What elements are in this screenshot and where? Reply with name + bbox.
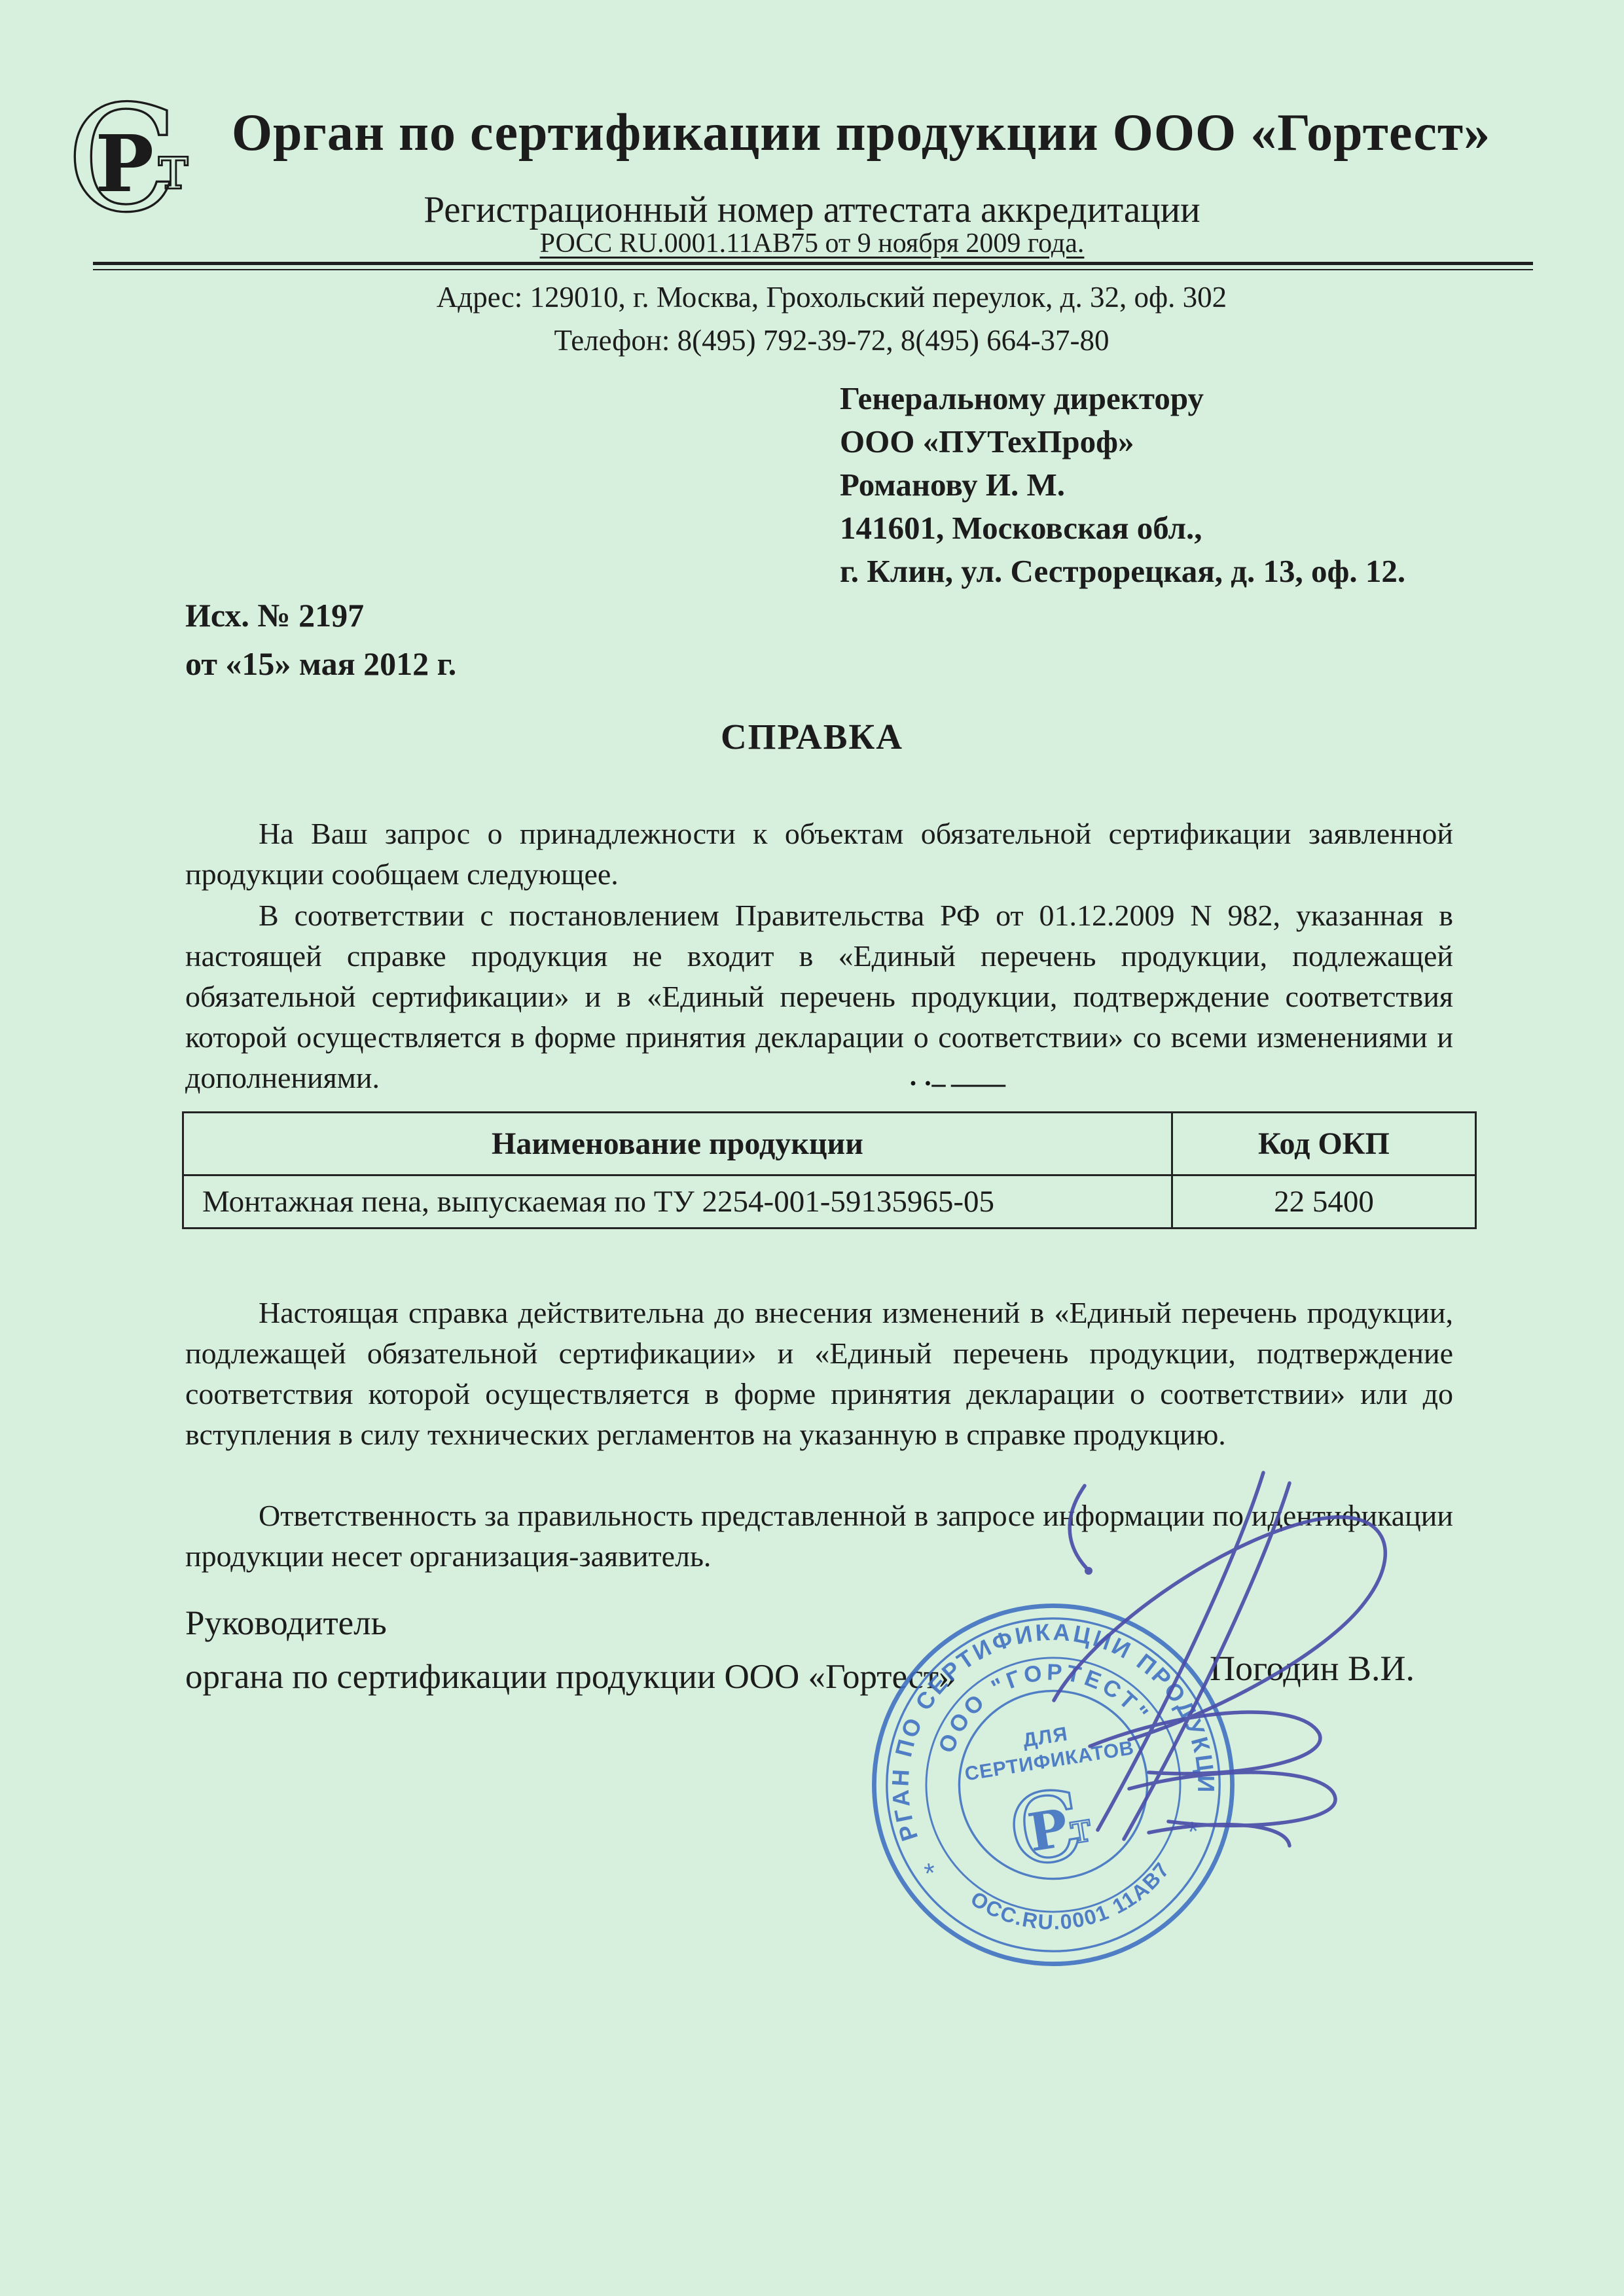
signature-hook bbox=[1070, 1486, 1087, 1568]
okp-code-cell: 22 5400 bbox=[1172, 1175, 1475, 1229]
signature-loop-low bbox=[1129, 1772, 1335, 1825]
paragraph-validity: Настоящая справка действительна до внесе… bbox=[185, 1293, 1453, 1455]
recipient-block: Генеральному директору ООО «ПУТехПроф» Р… bbox=[840, 377, 1405, 593]
handwritten-signature bbox=[933, 1465, 1399, 1865]
accreditation-number: РОСС RU.0001.11АВ75 от 9 ноября 2009 год… bbox=[0, 228, 1624, 259]
paragraph-intro: На Ваш запрос о принадлежности к объекта… bbox=[185, 814, 1453, 895]
signer-role-line1: Руководитель bbox=[185, 1604, 387, 1643]
product-name-cell: Монтажная пена, выпускаемая по ТУ 2254-0… bbox=[183, 1175, 1172, 1229]
outgoing-date: от «15» мая 2012 г. bbox=[185, 639, 456, 688]
recipient-line: 141601, Московская обл., bbox=[840, 507, 1405, 550]
org-address: Адрес: 129010, г. Москва, Грохольский пе… bbox=[39, 280, 1624, 314]
outgoing-number: Исх. № 2197 bbox=[185, 591, 456, 639]
signer-role-line2: органа по сертификации продукции ООО «Го… bbox=[185, 1657, 956, 1696]
outgoing-reference: Исх. № 2197 от «15» мая 2012 г. bbox=[185, 591, 456, 688]
product-table: Наименование продукции Код ОКП Монтажная… bbox=[182, 1111, 1477, 1229]
org-phone: Телефон: 8(495) 792-39-72, 8(495) 664-37… bbox=[39, 323, 1624, 357]
org-title: Орган по сертификации продукции ООО «Гор… bbox=[157, 103, 1565, 163]
scanned-certificate-document: С Р т Орган по сертификации продукции ОО… bbox=[0, 0, 1624, 2296]
header-divider bbox=[93, 262, 1533, 270]
recipient-line: Генеральному директору bbox=[840, 377, 1405, 420]
signature-tail bbox=[1149, 1825, 1290, 1846]
column-header-product-name: Наименование продукции bbox=[183, 1113, 1172, 1175]
signature-ink-dot bbox=[1085, 1567, 1092, 1575]
table-header-row: Наименование продукции Код ОКП bbox=[183, 1113, 1476, 1175]
recipient-line: Романову И. М. bbox=[840, 463, 1405, 507]
recipient-line: ООО «ПУТехПроф» bbox=[840, 420, 1405, 463]
signature-loop-mid bbox=[1090, 1712, 1320, 1774]
paragraph-regulation: В соответствии с постановлением Правител… bbox=[185, 895, 1453, 1098]
ink-marks: · ·– —— bbox=[909, 1068, 1005, 1100]
signature-big-loop bbox=[1054, 1517, 1385, 1740]
org-subtitle: Регистрационный номер аттестата аккредит… bbox=[0, 188, 1624, 231]
recipient-line: г. Клин, ул. Сестрорецкая, д. 13, оф. 12… bbox=[840, 550, 1405, 593]
column-header-okp-code: Код ОКП bbox=[1172, 1113, 1475, 1175]
table-row: Монтажная пена, выпускаемая по ТУ 2254-0… bbox=[183, 1175, 1476, 1229]
document-title: СПРАВКА bbox=[0, 716, 1624, 757]
